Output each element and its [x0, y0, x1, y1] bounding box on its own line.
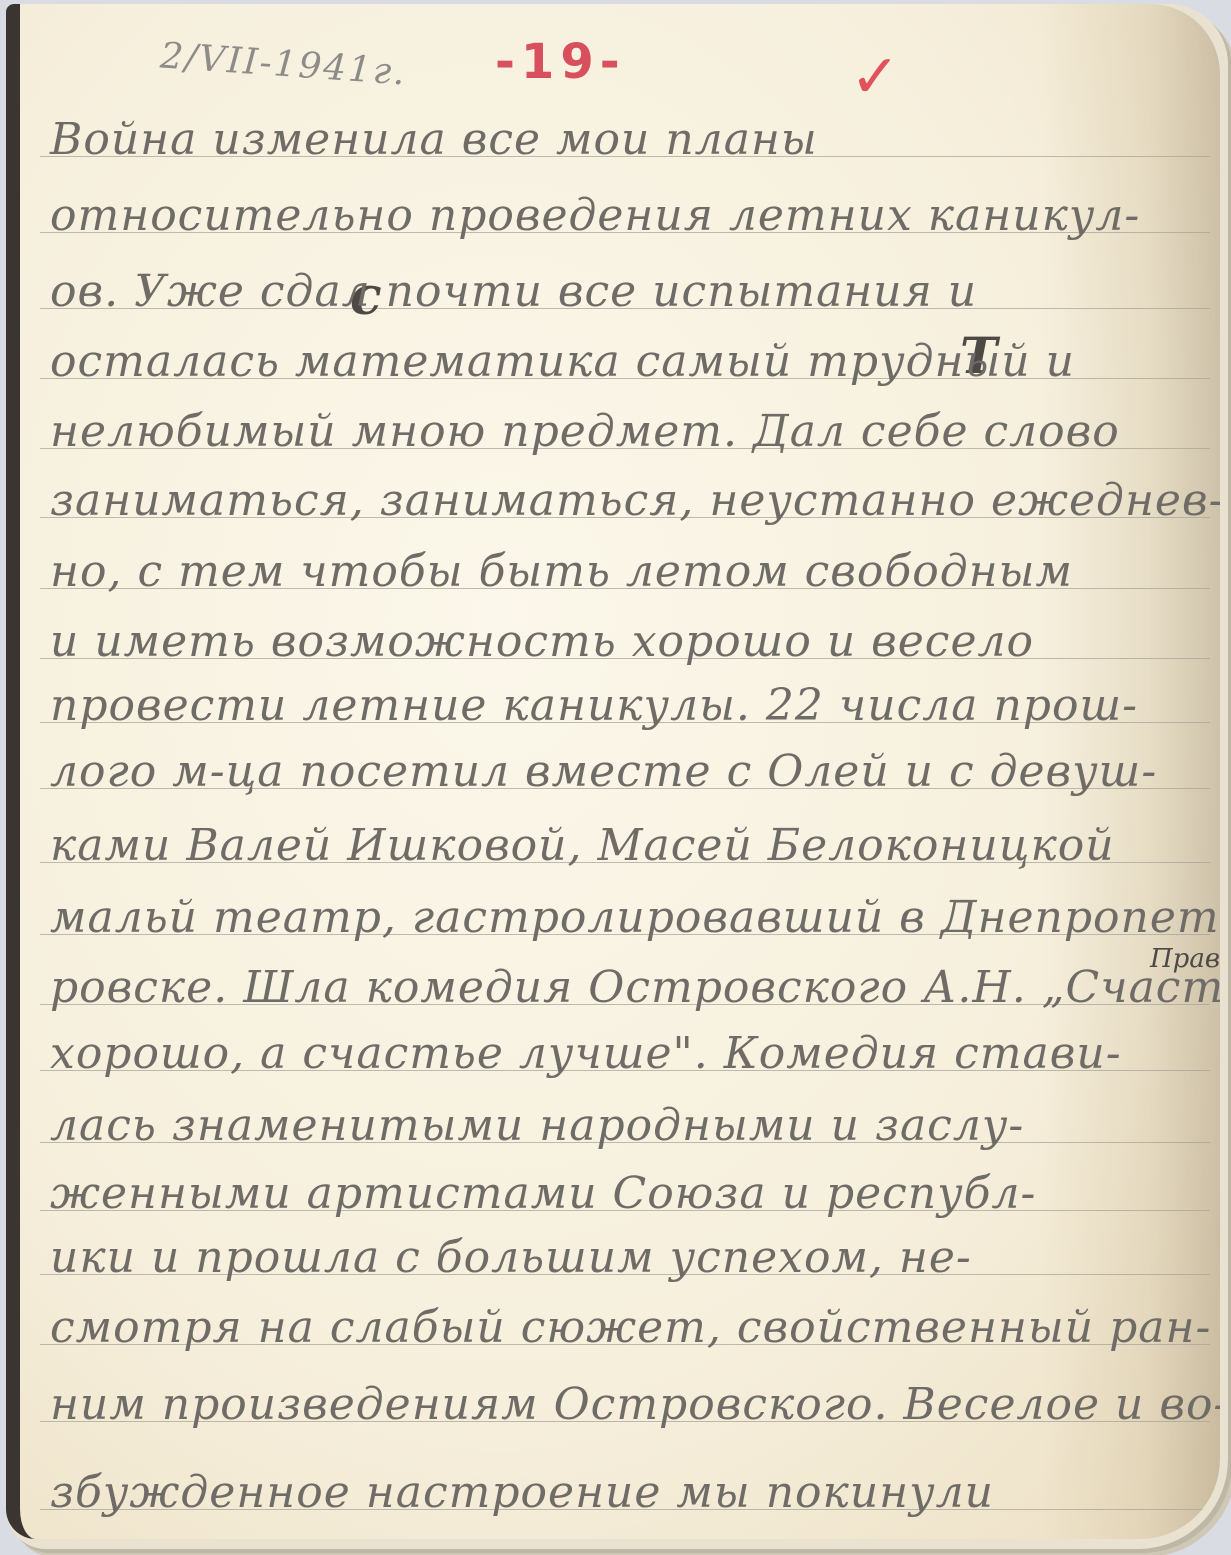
text-line: Война изменила все мои планы [50, 114, 1200, 165]
text-line: ками Валей Ишковой, Масей Белоконицкой [50, 820, 1200, 871]
text-line: ов. Уже сдал почти все испытания и [50, 266, 1200, 317]
text-line: осталась математика самый трудный и [50, 336, 1200, 387]
text-line: и иметь возможность хорошо и весело [50, 616, 1200, 667]
entry-date: 2/VII-1941г. [159, 35, 408, 93]
text-line: хорошо, а счастье лучше". Комедия стави- [50, 1028, 1200, 1079]
text-line: лась знаменитыми народными и заслу- [50, 1100, 1200, 1151]
check-mark-icon: ✓ [850, 42, 900, 112]
text-line: смотря на слабый сюжет, свойственный ран… [50, 1302, 1200, 1353]
text-line: относительно проведения летних каникул- [50, 190, 1200, 241]
text-line: провести летние каникулы. 22 числа прош- [50, 680, 1200, 731]
page-header: 2/VII-1941г. -19- ✓ [150, 34, 950, 104]
text-line: заниматься, заниматься, неустанно ежедне… [50, 475, 1200, 526]
text-line: но, с тем чтобы быть летом свободным [50, 546, 1200, 597]
text-line: женными артистами Союза и республ- [50, 1168, 1200, 1219]
text-line: мальй театр, гастролировавший в Днепропе… [50, 892, 1200, 943]
text-line: ровске. Шла комедия Островского А.Н. „Сч… [50, 962, 1200, 1013]
diary-page: 2/VII-1941г. -19- ✓ с Т Прав Война измен… [6, 4, 1220, 1539]
text-line: ики и прошла с большим успехом, не- [50, 1232, 1200, 1283]
text-line: нелюбимый мною предмет. Дал себе слово [50, 406, 1200, 457]
notebook: 2/VII-1941г. -19- ✓ с Т Прав Война измен… [6, 4, 1228, 1549]
page-number: -19- [495, 34, 626, 90]
text-line: збужденное настроение мы покинули [50, 1467, 1200, 1518]
text-line: лого м-ца посетил вместе с Олей и с деву… [50, 746, 1200, 797]
text-line: ним произведениям Островского. Веселое и… [50, 1379, 1200, 1430]
